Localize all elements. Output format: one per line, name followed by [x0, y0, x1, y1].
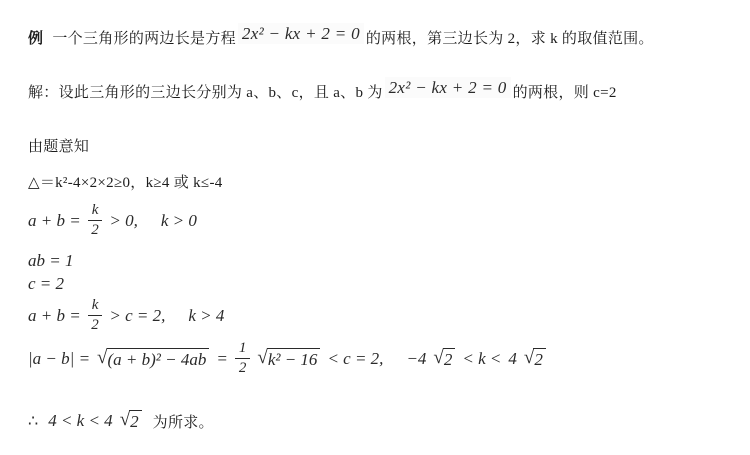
radicand: 2 — [129, 410, 142, 432]
fraction-denominator: 2 — [239, 359, 247, 377]
problem-equation: 2x² − kx + 2 = 0 — [238, 23, 364, 44]
conclusion-range-pre: 4 < k < 4 — [48, 411, 113, 431]
radicand: k² − 16 — [267, 348, 321, 370]
sqrt-expression: √ k² − 16 — [257, 348, 320, 370]
fraction-one-half: 1 2 — [235, 340, 251, 378]
fraction-numerator: 1 — [235, 340, 251, 359]
eq-sum-gt-tail: k > 4 — [188, 306, 224, 326]
eq-absdiff-line: |a − b| = √ (a + b)² − 4ab = 1 2 √ k² − … — [28, 340, 553, 378]
fraction-denominator: 2 — [91, 221, 99, 239]
fraction-numerator: k — [88, 202, 103, 221]
eq-sum-gt-mid: > c = 2, — [109, 306, 165, 326]
premise-line: 由题意知 — [28, 135, 89, 156]
eq-sum-mid: > 0, — [109, 211, 137, 231]
fraction-k-over-2: k 2 — [88, 202, 103, 240]
eq-sum-tail: k > 0 — [161, 211, 197, 231]
eq-absdiff-coef: 4 — [508, 349, 517, 369]
discriminant-line: △＝k²-4×2×2≥0，k≥4 或 k≤-4 — [28, 171, 223, 192]
example-label: 例 — [28, 31, 43, 47]
sqrt-expression: √ 2 — [524, 348, 546, 370]
eq-absdiff-between: < k < — [462, 349, 501, 369]
eq-absdiff-mid: < c = 2, — [327, 349, 383, 369]
conclusion-line: ∴ 4 < k < 4 √ 2 为所求。 — [28, 410, 221, 432]
sqrt-expression: √ 2 — [433, 348, 455, 370]
eq-sum-gt-line: a + b = k 2 > c = 2, k > 4 — [28, 297, 231, 335]
solution-text-pre: 解：设此三角形的三边长分别为 a、b、c，且 a、b 为 — [28, 85, 383, 101]
problem-text-pre: 一个三角形的两边长是方程 — [52, 31, 236, 47]
eq-sum-lhs: a + b = — [28, 211, 81, 231]
eq-sum-line: a + b = k 2 > 0, k > 0 — [28, 202, 204, 240]
eq-absdiff-equals: = — [216, 349, 227, 369]
eq-sum-gt-lhs: a + b = — [28, 306, 81, 326]
solution-line: 解：设此三角形的三边长分别为 a、b、c，且 a、b 为2x² − kx + 2… — [28, 81, 617, 102]
fraction-numerator: k — [88, 297, 103, 316]
eq-absdiff-neg-coef: −4 — [406, 349, 426, 369]
radicand: 2 — [443, 348, 456, 370]
therefore-symbol: ∴ — [28, 411, 38, 431]
solution-text-post: 的两根，则 c=2 — [513, 85, 617, 101]
eq-c-line: c = 2 — [28, 274, 64, 294]
problem-line: 例一个三角形的两边长是方程2x² − kx + 2 = 0的两根，第三边长为 2… — [28, 27, 654, 48]
eq-product-line: ab = 1 — [28, 251, 73, 271]
conclusion-text: 为所求。 — [153, 411, 214, 432]
fraction-k-over-2: k 2 — [88, 297, 103, 335]
eq-absdiff-lhs: |a − b| = — [28, 349, 90, 369]
fraction-denominator: 2 — [91, 316, 99, 334]
radicand: (a + b)² − 4ab — [107, 348, 210, 370]
solution-equation: 2x² − kx + 2 = 0 — [385, 77, 511, 98]
math-worksheet: 例一个三角形的两边长是方程2x² − kx + 2 = 0的两根，第三边长为 2… — [0, 0, 750, 455]
sqrt-expression: √ 2 — [120, 410, 142, 432]
radicand: 2 — [533, 348, 546, 370]
sqrt-expression: √ (a + b)² − 4ab — [97, 348, 209, 370]
problem-text-post: 的两根，第三边长为 2，求 k 的取值范围。 — [366, 31, 654, 47]
